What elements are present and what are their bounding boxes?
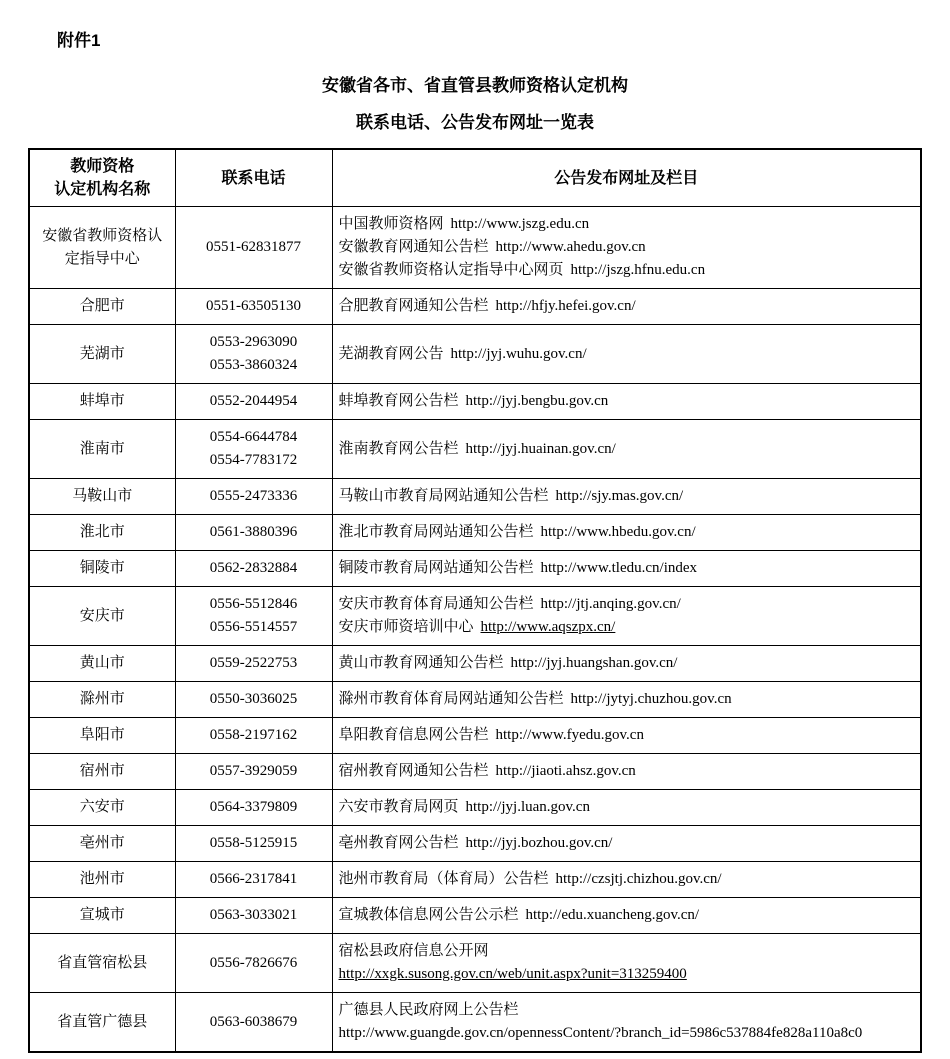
col-header-url: 公告发布网址及栏目 — [332, 149, 921, 207]
url-cell: 铜陵市教育局网站通知公告栏http://www.tledu.cn/index — [332, 551, 921, 587]
phone-cell: 0557-3929059 — [175, 754, 332, 790]
institution-cell: 省直管宿松县 — [29, 934, 175, 993]
institution-cell: 淮南市 — [29, 420, 175, 479]
site-label: 广德县人民政府网上公告栏 — [339, 1002, 519, 1018]
doc-title-line1: 安徽省各市、省直管县教师资格认定机构 — [0, 71, 950, 96]
phone-cell: 0564-3379809 — [175, 790, 332, 826]
url-line: 马鞍山市教育局网站通知公告栏http://sjy.mas.gov.cn/ — [339, 485, 915, 508]
site-label: 安庆市师资培训中心 — [339, 619, 474, 635]
phone-number: 0554-7783172 — [182, 449, 326, 472]
url-cell: 中国教师资格网http://www.jszg.edu.cn安徽教育网通知公告栏h… — [332, 207, 921, 289]
url-line: 池州市教育局（体育局）公告栏http://czsjtj.chizhou.gov.… — [339, 868, 915, 891]
table-row: 淮北市0561-3880396淮北市教育局网站通知公告栏http://www.h… — [29, 515, 921, 551]
phone-cell: 0552-2044954 — [175, 384, 332, 420]
url-line: 合肥教育网通知公告栏http://hfjy.hefei.gov.cn/ — [339, 295, 915, 318]
institution-cell: 芜湖市 — [29, 325, 175, 384]
phone-cell: 0561-3880396 — [175, 515, 332, 551]
url-link: http://jyj.huainan.gov.cn/ — [466, 441, 616, 457]
phone-number: 0557-3929059 — [182, 760, 326, 783]
phone-number: 0562-2832884 — [182, 557, 326, 580]
url-link: http://jyj.huangshan.gov.cn/ — [511, 655, 678, 671]
url-cell: 宣城教体信息网公告公示栏http://edu.xuancheng.gov.cn/ — [332, 898, 921, 934]
phone-cell: 0551-63505130 — [175, 289, 332, 325]
phone-number: 0550-3036025 — [182, 688, 326, 711]
site-label: 池州市教育局（体育局）公告栏 — [339, 871, 549, 887]
site-label: 马鞍山市教育局网站通知公告栏 — [339, 488, 549, 504]
attachment-label: 附件1 — [57, 26, 950, 51]
url-cell: 宿州教育网通知公告栏http://jiaoti.ahsz.gov.cn — [332, 754, 921, 790]
url-cell: 淮北市教育局网站通知公告栏http://www.hbedu.gov.cn/ — [332, 515, 921, 551]
table-row: 铜陵市0562-2832884铜陵市教育局网站通知公告栏http://www.t… — [29, 551, 921, 587]
phone-number: 0558-5125915 — [182, 832, 326, 855]
url-line: http://www.guangde.gov.cn/opennessConten… — [339, 1022, 915, 1045]
phone-number: 0553-3860324 — [182, 354, 326, 377]
phone-number: 0564-3379809 — [182, 796, 326, 819]
site-label: 铜陵市教育局网站通知公告栏 — [339, 560, 534, 576]
table-row: 安徽省教师资格认定指导中心0551-62831877中国教师资格网http://… — [29, 207, 921, 289]
phone-cell: 0556-7826676 — [175, 934, 332, 993]
table-header-row: 教师资格 认定机构名称 联系电话 公告发布网址及栏目 — [29, 149, 921, 207]
phone-cell: 0563-6038679 — [175, 993, 332, 1053]
url-line: 铜陵市教育局网站通知公告栏http://www.tledu.cn/index — [339, 557, 915, 580]
url-cell: 广德县人民政府网上公告栏http://www.guangde.gov.cn/op… — [332, 993, 921, 1053]
url-line: 宿松县政府信息公开网 — [339, 940, 915, 963]
url-line: http://xxgk.susong.gov.cn/web/unit.aspx?… — [339, 963, 915, 986]
url-line: 安庆市师资培训中心http://www.aqszpx.cn/ — [339, 616, 915, 639]
phone-number: 0551-63505130 — [182, 295, 326, 318]
table-row: 黄山市0559-2522753黄山市教育网通知公告栏http://jyj.hua… — [29, 646, 921, 682]
url-line: 黄山市教育网通知公告栏http://jyj.huangshan.gov.cn/ — [339, 652, 915, 675]
phone-number: 0561-3880396 — [182, 521, 326, 544]
url-line: 滁州市教育体育局网站通知公告栏http://jytyj.chuzhou.gov.… — [339, 688, 915, 711]
institution-cell: 宿州市 — [29, 754, 175, 790]
site-label: 安徽教育网通知公告栏 — [339, 239, 489, 255]
site-label: 淮南教育网公告栏 — [339, 441, 459, 457]
phone-number: 0551-62831877 — [182, 236, 326, 259]
table-row: 滁州市0550-3036025滁州市教育体育局网站通知公告栏http://jyt… — [29, 682, 921, 718]
phone-cell: 0558-2197162 — [175, 718, 332, 754]
site-label: 亳州教育网公告栏 — [339, 835, 459, 851]
url-link: http://www.ahedu.gov.cn — [496, 239, 646, 255]
phone-number: 0566-2317841 — [182, 868, 326, 891]
table-row: 蚌埠市0552-2044954蚌埠教育网公告栏http://jyj.bengbu… — [29, 384, 921, 420]
url-link[interactable]: http://www.aqszpx.cn/ — [481, 619, 616, 635]
site-label: 安庆市教育体育局通知公告栏 — [339, 596, 534, 612]
table-row: 省直管广德县0563-6038679广德县人民政府网上公告栏http://www… — [29, 993, 921, 1053]
url-line: 六安市教育局网页http://jyj.luan.gov.cn — [339, 796, 915, 819]
url-line: 中国教师资格网http://www.jszg.edu.cn — [339, 213, 915, 236]
url-cell: 安庆市教育体育局通知公告栏http://jtj.anqing.gov.cn/安庆… — [332, 587, 921, 646]
doc-title-line2: 联系电话、公告发布网址一览表 — [0, 108, 950, 133]
site-label: 宿松县政府信息公开网 — [339, 943, 489, 959]
phone-number: 0556-7826676 — [182, 952, 326, 975]
url-line: 亳州教育网公告栏http://jyj.bozhou.gov.cn/ — [339, 832, 915, 855]
table-row: 淮南市0554-66447840554-7783172淮南教育网公告栏http:… — [29, 420, 921, 479]
phone-number: 0563-6038679 — [182, 1011, 326, 1034]
url-link: http://www.fyedu.gov.cn — [496, 727, 644, 743]
phone-number: 0554-6644784 — [182, 426, 326, 449]
url-cell: 黄山市教育网通知公告栏http://jyj.huangshan.gov.cn/ — [332, 646, 921, 682]
url-link: http://www.tledu.cn/index — [541, 560, 698, 576]
url-line: 安徽教育网通知公告栏http://www.ahedu.gov.cn — [339, 236, 915, 259]
col-header-institution-line1: 教师资格 — [34, 155, 171, 178]
phone-number: 0559-2522753 — [182, 652, 326, 675]
url-line: 广德县人民政府网上公告栏 — [339, 999, 915, 1022]
phone-cell: 0554-66447840554-7783172 — [175, 420, 332, 479]
url-cell: 马鞍山市教育局网站通知公告栏http://sjy.mas.gov.cn/ — [332, 479, 921, 515]
phone-cell: 0556-55128460556-5514557 — [175, 587, 332, 646]
url-cell: 蚌埠教育网公告栏http://jyj.bengbu.gov.cn — [332, 384, 921, 420]
site-label: 宿州教育网通知公告栏 — [339, 763, 489, 779]
phone-number: 0555-2473336 — [182, 485, 326, 508]
url-link: http://www.hbedu.gov.cn/ — [541, 524, 696, 540]
phone-number: 0552-2044954 — [182, 390, 326, 413]
phone-cell: 0555-2473336 — [175, 479, 332, 515]
url-link: http://jiaoti.ahsz.gov.cn — [496, 763, 636, 779]
table-row: 池州市0566-2317841池州市教育局（体育局）公告栏http://czsj… — [29, 862, 921, 898]
url-line: 安徽省教师资格认定指导中心网页http://jszg.hfnu.edu.cn — [339, 259, 915, 282]
url-link: http://edu.xuancheng.gov.cn/ — [526, 907, 700, 923]
phone-cell: 0563-3033021 — [175, 898, 332, 934]
url-link: http://jyj.bengbu.gov.cn — [466, 393, 609, 409]
institution-cell: 铜陵市 — [29, 551, 175, 587]
url-cell: 六安市教育局网页http://jyj.luan.gov.cn — [332, 790, 921, 826]
institution-cell: 宣城市 — [29, 898, 175, 934]
table-row: 马鞍山市0555-2473336马鞍山市教育局网站通知公告栏http://sjy… — [29, 479, 921, 515]
url-cell: 亳州教育网公告栏http://jyj.bozhou.gov.cn/ — [332, 826, 921, 862]
phone-number: 0558-2197162 — [182, 724, 326, 747]
site-label: 淮北市教育局网站通知公告栏 — [339, 524, 534, 540]
phone-number: 0553-2963090 — [182, 331, 326, 354]
url-cell: 滁州市教育体育局网站通知公告栏http://jytyj.chuzhou.gov.… — [332, 682, 921, 718]
institution-cell: 池州市 — [29, 862, 175, 898]
site-label: 中国教师资格网 — [339, 216, 444, 232]
col-header-phone: 联系电话 — [175, 149, 332, 207]
url-link: http://hfjy.hefei.gov.cn/ — [496, 298, 636, 314]
url-link: http://jyj.bozhou.gov.cn/ — [466, 835, 613, 851]
site-label: 安徽省教师资格认定指导中心网页 — [339, 262, 564, 278]
url-link: http://jszg.hfnu.edu.cn — [571, 262, 706, 278]
url-cell: 合肥教育网通知公告栏http://hfjy.hefei.gov.cn/ — [332, 289, 921, 325]
url-link: http://jyj.luan.gov.cn — [466, 799, 590, 815]
table-row: 阜阳市0558-2197162阜阳教育信息网公告栏http://www.fyed… — [29, 718, 921, 754]
phone-cell: 0562-2832884 — [175, 551, 332, 587]
table-row: 亳州市0558-5125915亳州教育网公告栏http://jyj.bozhou… — [29, 826, 921, 862]
url-link: http://sjy.mas.gov.cn/ — [556, 488, 684, 504]
institution-cell: 合肥市 — [29, 289, 175, 325]
site-label: 滁州市教育体育局网站通知公告栏 — [339, 691, 564, 707]
url-line: 宣城教体信息网公告公示栏http://edu.xuancheng.gov.cn/ — [339, 904, 915, 927]
table-row: 省直管宿松县0556-7826676宿松县政府信息公开网http://xxgk.… — [29, 934, 921, 993]
url-line: 蚌埠教育网公告栏http://jyj.bengbu.gov.cn — [339, 390, 915, 413]
institution-cell: 马鞍山市 — [29, 479, 175, 515]
phone-number: 0563-3033021 — [182, 904, 326, 927]
url-cell: 阜阳教育信息网公告栏http://www.fyedu.gov.cn — [332, 718, 921, 754]
institution-cell: 省直管广德县 — [29, 993, 175, 1053]
table-row: 芜湖市0553-29630900553-3860324芜湖教育网公告http:/… — [29, 325, 921, 384]
site-label: 宣城教体信息网公告公示栏 — [339, 907, 519, 923]
institution-cell: 亳州市 — [29, 826, 175, 862]
institution-cell: 安徽省教师资格认定指导中心 — [29, 207, 175, 289]
table-row: 六安市0564-3379809六安市教育局网页http://jyj.luan.g… — [29, 790, 921, 826]
institution-cell: 蚌埠市 — [29, 384, 175, 420]
url-line: 淮南教育网公告栏http://jyj.huainan.gov.cn/ — [339, 438, 915, 461]
url-link: http://czsjtj.chizhou.gov.cn/ — [556, 871, 722, 887]
col-header-institution: 教师资格 认定机构名称 — [29, 149, 175, 207]
url-link: http://jytyj.chuzhou.gov.cn — [571, 691, 732, 707]
phone-cell: 0559-2522753 — [175, 646, 332, 682]
url-line: 阜阳教育信息网公告栏http://www.fyedu.gov.cn — [339, 724, 915, 747]
table-row: 宣城市0563-3033021宣城教体信息网公告公示栏http://edu.xu… — [29, 898, 921, 934]
url-cell: 淮南教育网公告栏http://jyj.huainan.gov.cn/ — [332, 420, 921, 479]
phone-cell: 0551-62831877 — [175, 207, 332, 289]
institution-cell: 阜阳市 — [29, 718, 175, 754]
phone-cell: 0566-2317841 — [175, 862, 332, 898]
institution-cell: 淮北市 — [29, 515, 175, 551]
institution-cell: 安庆市 — [29, 587, 175, 646]
table-body: 安徽省教师资格认定指导中心0551-62831877中国教师资格网http://… — [29, 207, 921, 1053]
table-row: 合肥市0551-63505130合肥教育网通知公告栏http://hfjy.he… — [29, 289, 921, 325]
col-header-institution-line2: 认定机构名称 — [34, 178, 171, 201]
site-label: 六安市教育局网页 — [339, 799, 459, 815]
url-cell: 宿松县政府信息公开网http://xxgk.susong.gov.cn/web/… — [332, 934, 921, 993]
site-label: 黄山市教育网通知公告栏 — [339, 655, 504, 671]
url-link: http://www.guangde.gov.cn/opennessConten… — [339, 1025, 863, 1041]
table-row: 安庆市0556-55128460556-5514557安庆市教育体育局通知公告栏… — [29, 587, 921, 646]
url-line: 芜湖教育网公告http://jyj.wuhu.gov.cn/ — [339, 343, 915, 366]
url-line: 宿州教育网通知公告栏http://jiaoti.ahsz.gov.cn — [339, 760, 915, 783]
phone-cell: 0558-5125915 — [175, 826, 332, 862]
site-label: 阜阳教育信息网公告栏 — [339, 727, 489, 743]
phone-cell: 0553-29630900553-3860324 — [175, 325, 332, 384]
url-cell: 芜湖教育网公告http://jyj.wuhu.gov.cn/ — [332, 325, 921, 384]
site-label: 蚌埠教育网公告栏 — [339, 393, 459, 409]
url-link: http://jtj.anqing.gov.cn/ — [541, 596, 681, 612]
url-link[interactable]: http://xxgk.susong.gov.cn/web/unit.aspx?… — [339, 966, 687, 982]
url-line: 淮北市教育局网站通知公告栏http://www.hbedu.gov.cn/ — [339, 521, 915, 544]
institutions-table: 教师资格 认定机构名称 联系电话 公告发布网址及栏目 安徽省教师资格认定指导中心… — [28, 148, 922, 1053]
site-label: 合肥教育网通知公告栏 — [339, 298, 489, 314]
institution-cell: 黄山市 — [29, 646, 175, 682]
phone-number: 0556-5512846 — [182, 593, 326, 616]
institution-cell: 滁州市 — [29, 682, 175, 718]
url-cell: 池州市教育局（体育局）公告栏http://czsjtj.chizhou.gov.… — [332, 862, 921, 898]
table-row: 宿州市0557-3929059宿州教育网通知公告栏http://jiaoti.a… — [29, 754, 921, 790]
institution-cell: 六安市 — [29, 790, 175, 826]
phone-number: 0556-5514557 — [182, 616, 326, 639]
url-link: http://jyj.wuhu.gov.cn/ — [451, 346, 587, 362]
url-link: http://www.jszg.edu.cn — [451, 216, 590, 232]
phone-cell: 0550-3036025 — [175, 682, 332, 718]
url-line: 安庆市教育体育局通知公告栏http://jtj.anqing.gov.cn/ — [339, 593, 915, 616]
site-label: 芜湖教育网公告 — [339, 346, 444, 362]
